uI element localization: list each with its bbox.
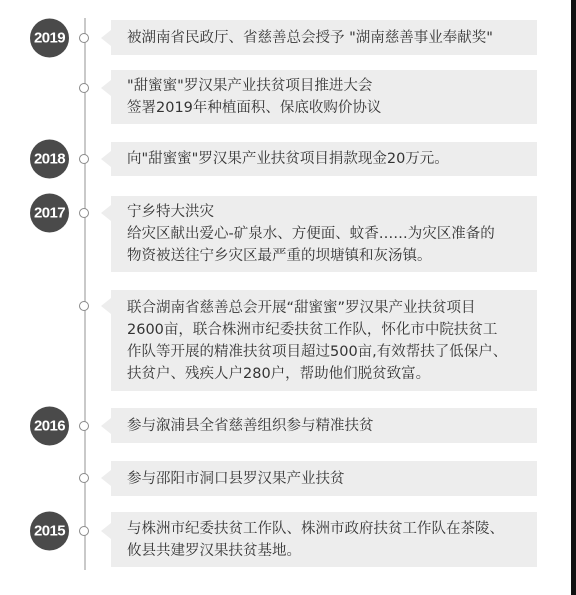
timeline-card: 被湖南省民政厅、省慈善总会授予 "湖南慈善事业奉献奖" [111,20,537,55]
card-text-line: 给灾区献出爱心-矿泉水、方便面、蚊香……为灾区准备的 [127,223,525,245]
timeline-axis [84,18,86,570]
card-text-line: 宁乡特大洪灾 [127,201,525,223]
timeline-card: 参与邵阳市洞口县罗汉果产业扶贫 [111,461,537,496]
pointer-arrow-icon [101,80,111,96]
year-badge-2015: 2015 [30,512,69,551]
card-text-line: 2600亩，联合株洲市纪委扶贫工作队，怀化市中院扶贫工 [127,319,525,341]
timeline-node-icon [79,526,89,536]
timeline-node-icon [79,473,89,483]
right-edge-strip [571,0,576,595]
card-text-line: 签署2019年种植面积、保底收购价协议 [127,97,525,119]
timeline-node-icon [79,154,89,164]
card-text-line: 参与溆浦县全省慈善组织参与精准扶贫 [127,415,525,437]
year-badge-2016: 2016 [30,407,69,446]
pointer-arrow-icon [101,205,111,221]
timeline-node-icon [79,208,89,218]
timeline-node-icon [79,301,89,311]
pointer-arrow-icon [101,151,111,167]
timeline-card: "甜蜜蜜"罗汉果产业扶贫项目推进大会 签署2019年种植面积、保底收购价协议 [111,70,537,124]
timeline-node-icon [79,33,89,43]
card-text-line: 联合湖南省慈善总会开展“甜蜜蜜”罗汉果产业扶贫项目 [127,297,525,319]
card-text-line: 攸县共建罗汉果扶贫基地。 [127,540,525,562]
timeline-card: 向"甜蜜蜜"罗汉果产业扶贫项目捐款现金20万元。 [111,142,537,176]
timeline-card: 宁乡特大洪灾 给灾区献出爱心-矿泉水、方便面、蚊香……为灾区准备的 物资被送往宁… [111,196,537,272]
year-badge-2018: 2018 [30,140,69,179]
card-text-line: 作队等开展的精准扶贫项目超过500亩,有效帮扶了低保户、 [127,341,525,363]
card-text-line: 向"甜蜜蜜"罗汉果产业扶贫项目捐款现金20万元。 [127,148,525,170]
card-text-line: 物资被送往宁乡灾区最严重的坝塘镇和灰汤镇。 [127,245,525,267]
card-text-line: "甜蜜蜜"罗汉果产业扶贫项目推进大会 [127,75,525,97]
timeline-node-icon [79,421,89,431]
card-text-line: 扶贫户、残疾人户280户，帮助他们脱贫致富。 [127,363,525,385]
year-badge-2019: 2019 [30,19,69,58]
pointer-arrow-icon [101,470,111,486]
timeline-card: 与株洲市纪委扶贫工作队、株洲市政府扶贫工作队在茶陵、 攸县共建罗汉果扶贫基地。 [111,512,537,567]
card-text-line: 被湖南省民政厅、省慈善总会授予 "湖南慈善事业奉献奖" [127,27,525,49]
timeline-card: 联合湖南省慈善总会开展“甜蜜蜜”罗汉果产业扶贫项目 2600亩，联合株洲市纪委扶… [111,290,537,391]
year-badge-2017: 2017 [30,194,69,233]
card-text-line: 与株洲市纪委扶贫工作队、株洲市政府扶贫工作队在茶陵、 [127,518,525,540]
pointer-arrow-icon [101,418,111,434]
pointer-arrow-icon [101,523,111,539]
pointer-arrow-icon [101,298,111,314]
timeline-card: 参与溆浦县全省慈善组织参与精准扶贫 [111,408,537,443]
card-text-line: 参与邵阳市洞口县罗汉果产业扶贫 [127,468,525,490]
pointer-arrow-icon [101,30,111,46]
timeline-node-icon [79,83,89,93]
